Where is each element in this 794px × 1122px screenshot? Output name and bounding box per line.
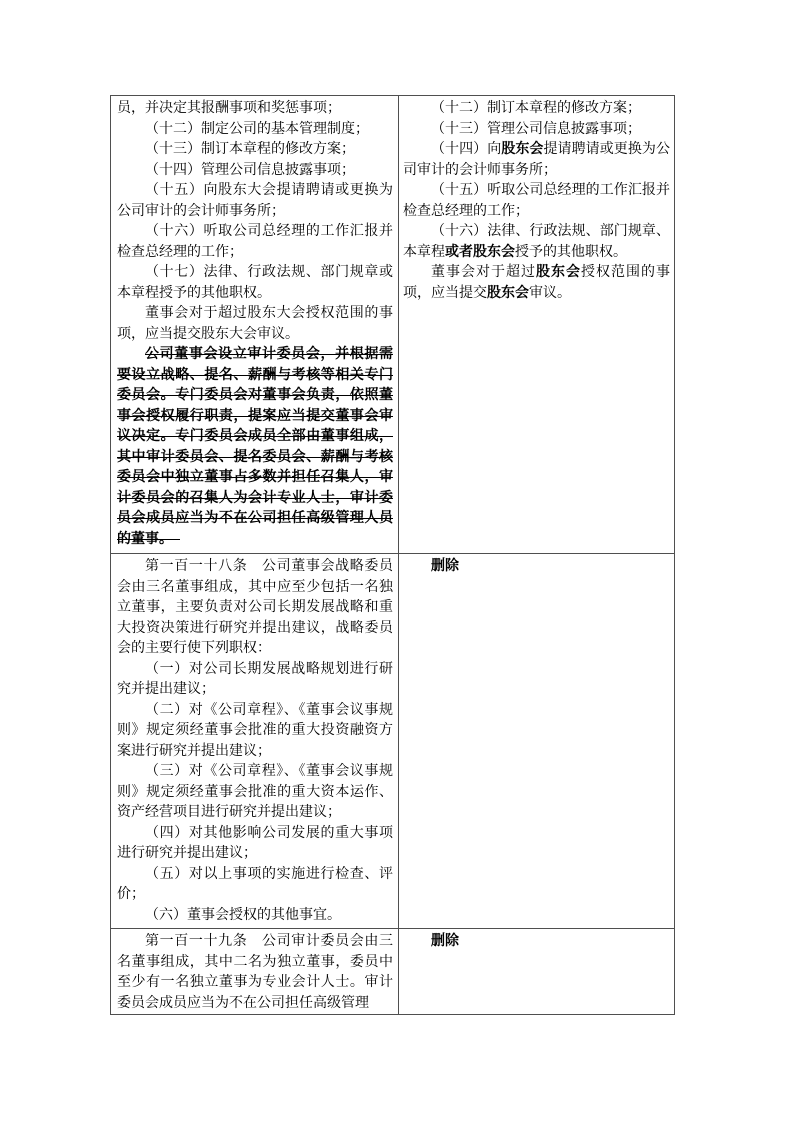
text-segment: （十四）向	[431, 142, 501, 157]
text-segment: （一）对公司长期发展战略规划进行研究并提出建议；	[117, 662, 393, 698]
text-segment: 审议。	[529, 286, 571, 301]
text-segment: （十三）制订本章程的修改方案；	[145, 142, 355, 157]
table-body: 员，并决定其报酬事项和奖惩事项；（十二）制定公司的基本管理制度；（十三）制订本章…	[111, 96, 675, 1015]
emphasized-text: 股东会	[487, 286, 529, 301]
paragraph: 员，并决定其报酬事项和奖惩事项；	[117, 99, 393, 120]
paragraph: 公司董事会设立审计委员会，并根据需要设立战略、提名、薪酬与考核等相关专门委员会。…	[117, 345, 393, 550]
paragraph: （十四）向股东会提请聘请或更换为公司审计的会计师事务所；	[403, 140, 670, 181]
table-row-2: 第一百一十八条 公司董事会战略委员会由三名董事组成，其中应至少包括一名独立董事，…	[111, 554, 675, 929]
paragraph: 董事会对于超过股东会授权范围的事项，应当提交股东会审议。	[403, 263, 670, 304]
original-cell: 第一百一十八条 公司董事会战略委员会由三名董事组成，其中应至少包括一名独立董事，…	[111, 554, 399, 929]
paragraph: （十二）制订本章程的修改方案；	[403, 99, 670, 120]
text-segment: 员，并决定其报酬事项和奖惩事项；	[117, 101, 341, 116]
original-cell: 员，并决定其报酬事项和奖惩事项；（十二）制定公司的基本管理制度；（十三）制订本章…	[111, 96, 399, 554]
paragraph: （六）董事会授权的其他事宜。	[117, 906, 393, 927]
text-segment: （十二）制订本章程的修改方案；	[431, 101, 641, 116]
emphasized-text: 股东会	[536, 265, 581, 280]
paragraph: 第一百一十九条 公司审计委员会由三名董事组成，其中二名为独立董事，委员中至少有一…	[117, 932, 393, 1014]
amended-cell: 删除	[399, 554, 675, 929]
text-segment: 授予的其他职权。	[515, 245, 627, 260]
text-segment: （十四）管理公司信息披露事项；	[145, 163, 355, 178]
table-row-1: 员，并决定其报酬事项和奖惩事项；（十二）制定公司的基本管理制度；（十三）制订本章…	[111, 96, 675, 554]
paragraph: （三）对《公司章程》、《董事会议事规则》规定须经董事会批准的重大资本运作、资产经…	[117, 762, 393, 824]
emphasized-text: 或者股东会	[445, 245, 515, 260]
amended-cell: 删除	[399, 929, 675, 1015]
paragraph: 删除	[403, 932, 670, 953]
original-cell: 第一百一十九条 公司审计委员会由三名董事组成，其中二名为独立董事，委员中至少有一…	[111, 929, 399, 1015]
paragraph: （五）对以上事项的实施进行检查、评价；	[117, 865, 393, 906]
table-row-3: 第一百一十九条 公司审计委员会由三名董事组成，其中二名为独立董事，委员中至少有一…	[111, 929, 675, 1015]
document-page: 员，并决定其报酬事项和奖惩事项；（十二）制定公司的基本管理制度；（十三）制订本章…	[0, 0, 794, 1122]
paragraph: 第一百一十八条 公司董事会战略委员会由三名董事组成，其中应至少包括一名独立董事，…	[117, 557, 393, 660]
amendment-comparison-table: 员，并决定其报酬事项和奖惩事项；（十二）制定公司的基本管理制度；（十三）制订本章…	[110, 95, 675, 1015]
paragraph: （二）对《公司章程》、《董事会议事规则》规定须经董事会批准的重大投资融资方案进行…	[117, 701, 393, 763]
deleted-text: 公司董事会设立审计委员会，并根据需要设立战略、提名、薪酬与考核等相关专门委员会。…	[117, 347, 393, 547]
paragraph: （十三）制订本章程的修改方案；	[117, 140, 393, 161]
text-segment: 董事会对于超过	[431, 265, 536, 280]
emphasized-text: 删除	[431, 934, 459, 949]
paragraph: （十四）管理公司信息披露事项；	[117, 161, 393, 182]
text-segment: （十七）法律、行政法规、部门规章或本章程授予的其他职权。	[117, 265, 393, 301]
amended-cell: （十二）制订本章程的修改方案；（十三）管理公司信息披露事项；（十四）向股东会提请…	[399, 96, 675, 554]
paragraph: （十五）听取公司总经理的工作汇报并检查总经理的工作；	[403, 181, 670, 222]
text-segment: （二）对《公司章程》、《董事会议事规则》规定须经董事会批准的重大投资融资方案进行…	[117, 703, 393, 759]
text-segment: （十五）向股东大会提请聘请或更换为公司审计的会计师事务所；	[117, 183, 393, 219]
text-segment: （十三）管理公司信息披露事项；	[431, 122, 641, 137]
paragraph: （十二）制定公司的基本管理制度；	[117, 120, 393, 141]
text-segment: （六）董事会授权的其他事宜。	[145, 908, 341, 923]
emphasized-text: 股东会	[501, 142, 543, 157]
text-segment: （三）对《公司章程》、《董事会议事规则》规定须经董事会批准的重大资本运作、资产经…	[117, 764, 393, 820]
paragraph: （四）对其他影响公司发展的重大事项进行研究并提出建议；	[117, 824, 393, 865]
paragraph: （十六）法律、行政法规、部门规章、本章程或者股东会授予的其他职权。	[403, 222, 670, 263]
text-segment: （五）对以上事项的实施进行检查、评价；	[117, 867, 393, 903]
text-segment: 第一百一十九条 公司审计委员会由三名董事组成，其中二名为独立董事，委员中至少有一…	[117, 934, 393, 1011]
paragraph: （十五）向股东大会提请聘请或更换为公司审计的会计师事务所；	[117, 181, 393, 222]
paragraph: （十三）管理公司信息披露事项；	[403, 120, 670, 141]
text-segment: （十五）听取公司总经理的工作汇报并检查总经理的工作；	[403, 183, 670, 219]
emphasized-text: 删除	[431, 559, 459, 574]
text-segment: （十六）听取公司总经理的工作汇报并检查总经理的工作；	[117, 224, 393, 260]
paragraph: 董事会对于超过股东大会授权范围的事项，应当提交股东大会审议。	[117, 304, 393, 345]
text-segment: （十二）制定公司的基本管理制度；	[145, 122, 369, 137]
paragraph: （十六）听取公司总经理的工作汇报并检查总经理的工作；	[117, 222, 393, 263]
text-segment: 第一百一十八条 公司董事会战略委员会由三名董事组成，其中应至少包括一名独立董事，…	[117, 559, 393, 656]
text-segment: 董事会对于超过股东大会授权范围的事项，应当提交股东大会审议。	[117, 306, 393, 342]
paragraph: （十七）法律、行政法规、部门规章或本章程授予的其他职权。	[117, 263, 393, 304]
paragraph: （一）对公司长期发展战略规划进行研究并提出建议；	[117, 660, 393, 701]
text-segment: （四）对其他影响公司发展的重大事项进行研究并提出建议；	[117, 826, 393, 862]
paragraph: 删除	[403, 557, 670, 578]
